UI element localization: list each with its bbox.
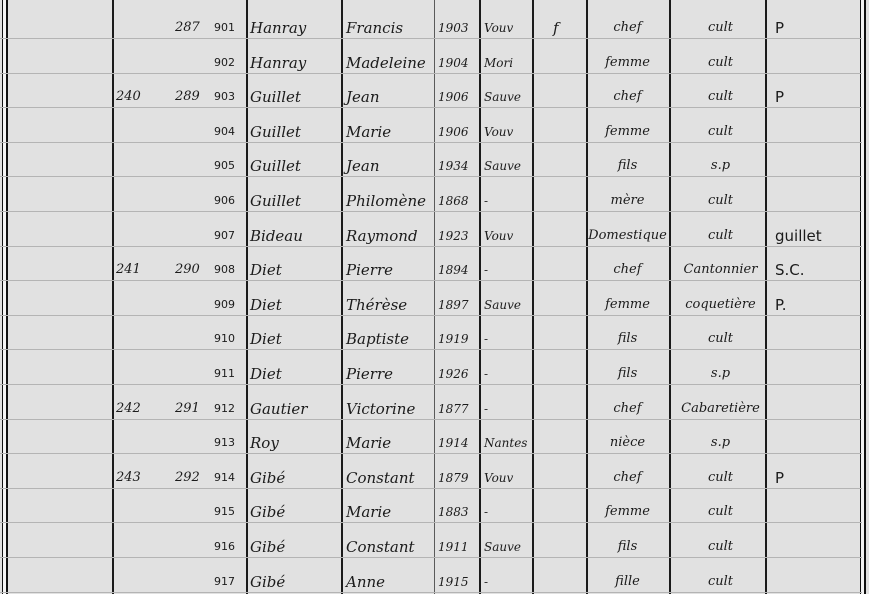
ruled-line: [0, 384, 862, 385]
household-role: femme: [585, 296, 670, 314]
birth-place: Sauve: [484, 88, 521, 106]
ruled-line: [0, 349, 862, 350]
individual-number: 902: [214, 54, 235, 72]
profession: cult: [673, 538, 768, 556]
profession: Cabaretière: [673, 400, 768, 418]
birth-place: Nantes: [484, 434, 527, 452]
birth-year: 1883: [438, 503, 469, 521]
observation: P: [775, 19, 784, 37]
family-number: 289: [175, 88, 200, 106]
individual-number: 907: [214, 227, 235, 245]
ruled-line: [0, 107, 862, 108]
surname: Diet: [250, 296, 282, 314]
individual-number: 911: [214, 365, 235, 383]
household-role: chef: [585, 469, 670, 487]
ruled-line: [0, 453, 862, 454]
ruled-line: [0, 419, 862, 420]
surname: Gibé: [250, 503, 285, 521]
menage-number: 241: [116, 261, 141, 279]
birth-year: 1906: [438, 123, 469, 141]
household-role: femme: [585, 54, 670, 72]
first-name: Marie: [346, 434, 391, 452]
birth-place: -: [484, 261, 488, 279]
household-role: chef: [585, 88, 670, 106]
page-border-left: [2, 0, 8, 594]
first-name: Jean: [346, 88, 380, 106]
ruled-line: [0, 142, 862, 143]
surname: Guillet: [250, 123, 301, 141]
birth-place: Vouv: [484, 19, 513, 37]
birth-year: 1914: [438, 434, 469, 452]
profession: s.p: [673, 434, 768, 452]
birth-year: 1923: [438, 227, 469, 245]
household-role: fille: [585, 573, 670, 591]
birth-place: Vouv: [484, 123, 513, 141]
individual-number: 903: [214, 88, 235, 106]
birth-place: -: [484, 400, 488, 418]
profession: cult: [673, 192, 768, 210]
household-role: nièce: [585, 434, 670, 452]
individual-number: 909: [214, 296, 235, 314]
profession: cult: [673, 573, 768, 591]
column-divider: [341, 0, 343, 594]
observation: guillet: [775, 227, 822, 245]
column-divider: [479, 0, 481, 594]
observation: P: [775, 469, 784, 487]
birth-year: 1904: [438, 54, 469, 72]
individual-number: 916: [214, 538, 235, 556]
surname: Guillet: [250, 192, 301, 210]
first-name: Anne: [346, 573, 385, 591]
birth-place: -: [484, 503, 488, 521]
first-name: Thérèse: [346, 296, 407, 314]
menage-number: 242: [116, 400, 141, 418]
household-role: fils: [585, 330, 670, 348]
birth-year: 1897: [438, 296, 469, 314]
birth-year: 1926: [438, 365, 469, 383]
ruled-line: [0, 280, 862, 281]
surname: Gibé: [250, 538, 285, 556]
surname: Gibé: [250, 573, 285, 591]
surname: Roy: [250, 434, 279, 452]
birth-place: Sauve: [484, 538, 521, 556]
ruled-line: [0, 522, 862, 523]
household-role: chef: [585, 261, 670, 279]
first-name: Pierre: [346, 261, 393, 279]
first-name: Philomène: [346, 192, 426, 210]
ruled-line: [0, 38, 862, 39]
surname: Guillet: [250, 88, 301, 106]
nationality: f: [553, 19, 559, 37]
ruled-line: [0, 488, 862, 489]
column-divider: [532, 0, 534, 594]
birth-year: 1877: [438, 400, 469, 418]
individual-number: 914: [214, 469, 235, 487]
profession: s.p: [673, 157, 768, 175]
surname: Hanray: [250, 54, 306, 72]
ruled-line: [0, 246, 862, 247]
ruled-line: [0, 557, 862, 558]
individual-number: 910: [214, 330, 235, 348]
birth-place: -: [484, 330, 488, 348]
first-name: Baptiste: [346, 330, 409, 348]
surname: Guillet: [250, 157, 301, 175]
birth-place: Vouv: [484, 227, 513, 245]
individual-number: 901: [214, 19, 235, 37]
ruled-line: [0, 73, 862, 74]
individual-number: 915: [214, 503, 235, 521]
register-page: 287901HanrayFrancis1903VouvfchefcultP902…: [0, 0, 869, 594]
ruled-line: [0, 315, 862, 316]
birth-year: 1911: [438, 538, 469, 556]
birth-place: Sauve: [484, 296, 521, 314]
individual-number: 917: [214, 573, 235, 591]
individual-number: 906: [214, 192, 235, 210]
first-name: Marie: [346, 123, 391, 141]
individual-number: 913: [214, 434, 235, 452]
household-role: fils: [585, 365, 670, 383]
first-name: Jean: [346, 157, 380, 175]
first-name: Victorine: [346, 400, 415, 418]
household-role: Domestique: [585, 227, 670, 245]
first-name: Constant: [346, 538, 415, 556]
ruled-line: [0, 211, 862, 212]
household-role: mère: [585, 192, 670, 210]
first-name: Pierre: [346, 365, 393, 383]
profession: s.p: [673, 365, 768, 383]
first-name: Marie: [346, 503, 391, 521]
household-role: femme: [585, 503, 670, 521]
profession: Cantonnier: [673, 261, 768, 279]
surname: Diet: [250, 261, 282, 279]
profession: cult: [673, 123, 768, 141]
page-border-right: [860, 0, 866, 594]
profession: cult: [673, 19, 768, 37]
birth-year: 1879: [438, 469, 469, 487]
birth-year: 1919: [438, 330, 469, 348]
family-number: 291: [175, 400, 200, 418]
profession: coquetière: [673, 296, 768, 314]
birth-place: Mori: [484, 54, 513, 72]
surname: Bideau: [250, 227, 303, 245]
menage-number: 243: [116, 469, 141, 487]
profession: cult: [673, 88, 768, 106]
household-role: chef: [585, 400, 670, 418]
birth-place: -: [484, 365, 488, 383]
individual-number: 905: [214, 157, 235, 175]
family-number: 287: [175, 19, 200, 37]
surname: Diet: [250, 330, 282, 348]
first-name: Francis: [346, 19, 403, 37]
birth-place: -: [484, 192, 488, 210]
observation: S.C.: [775, 261, 805, 279]
first-name: Madeleine: [346, 54, 426, 72]
ruled-line: [0, 592, 862, 593]
profession: cult: [673, 54, 768, 72]
birth-place: Vouv: [484, 469, 513, 487]
observation: P.: [775, 296, 786, 314]
profession: cult: [673, 469, 768, 487]
birth-year: 1903: [438, 19, 469, 37]
observation: P: [775, 88, 784, 106]
household-role: fils: [585, 157, 670, 175]
first-name: Constant: [346, 469, 415, 487]
birth-year: 1894: [438, 261, 469, 279]
profession: cult: [673, 503, 768, 521]
profession: cult: [673, 227, 768, 245]
birth-place: Sauve: [484, 157, 521, 175]
column-divider: [246, 0, 248, 594]
household-role: femme: [585, 123, 670, 141]
surname: Diet: [250, 365, 282, 383]
birth-place: -: [484, 573, 488, 591]
family-number: 290: [175, 261, 200, 279]
family-number: 292: [175, 469, 200, 487]
household-role: chef: [585, 19, 670, 37]
surname: Gautier: [250, 400, 307, 418]
profession: cult: [673, 330, 768, 348]
column-divider: [112, 0, 114, 594]
birth-year: 1915: [438, 573, 469, 591]
column-divider: [434, 0, 435, 594]
birth-year: 1868: [438, 192, 469, 210]
birth-year: 1906: [438, 88, 469, 106]
surname: Hanray: [250, 19, 306, 37]
household-role: fils: [585, 538, 670, 556]
first-name: Raymond: [346, 227, 418, 245]
menage-number: 240: [116, 88, 141, 106]
individual-number: 904: [214, 123, 235, 141]
ruled-line: [0, 176, 862, 177]
individual-number: 912: [214, 400, 235, 418]
individual-number: 908: [214, 261, 235, 279]
birth-year: 1934: [438, 157, 469, 175]
surname: Gibé: [250, 469, 285, 487]
